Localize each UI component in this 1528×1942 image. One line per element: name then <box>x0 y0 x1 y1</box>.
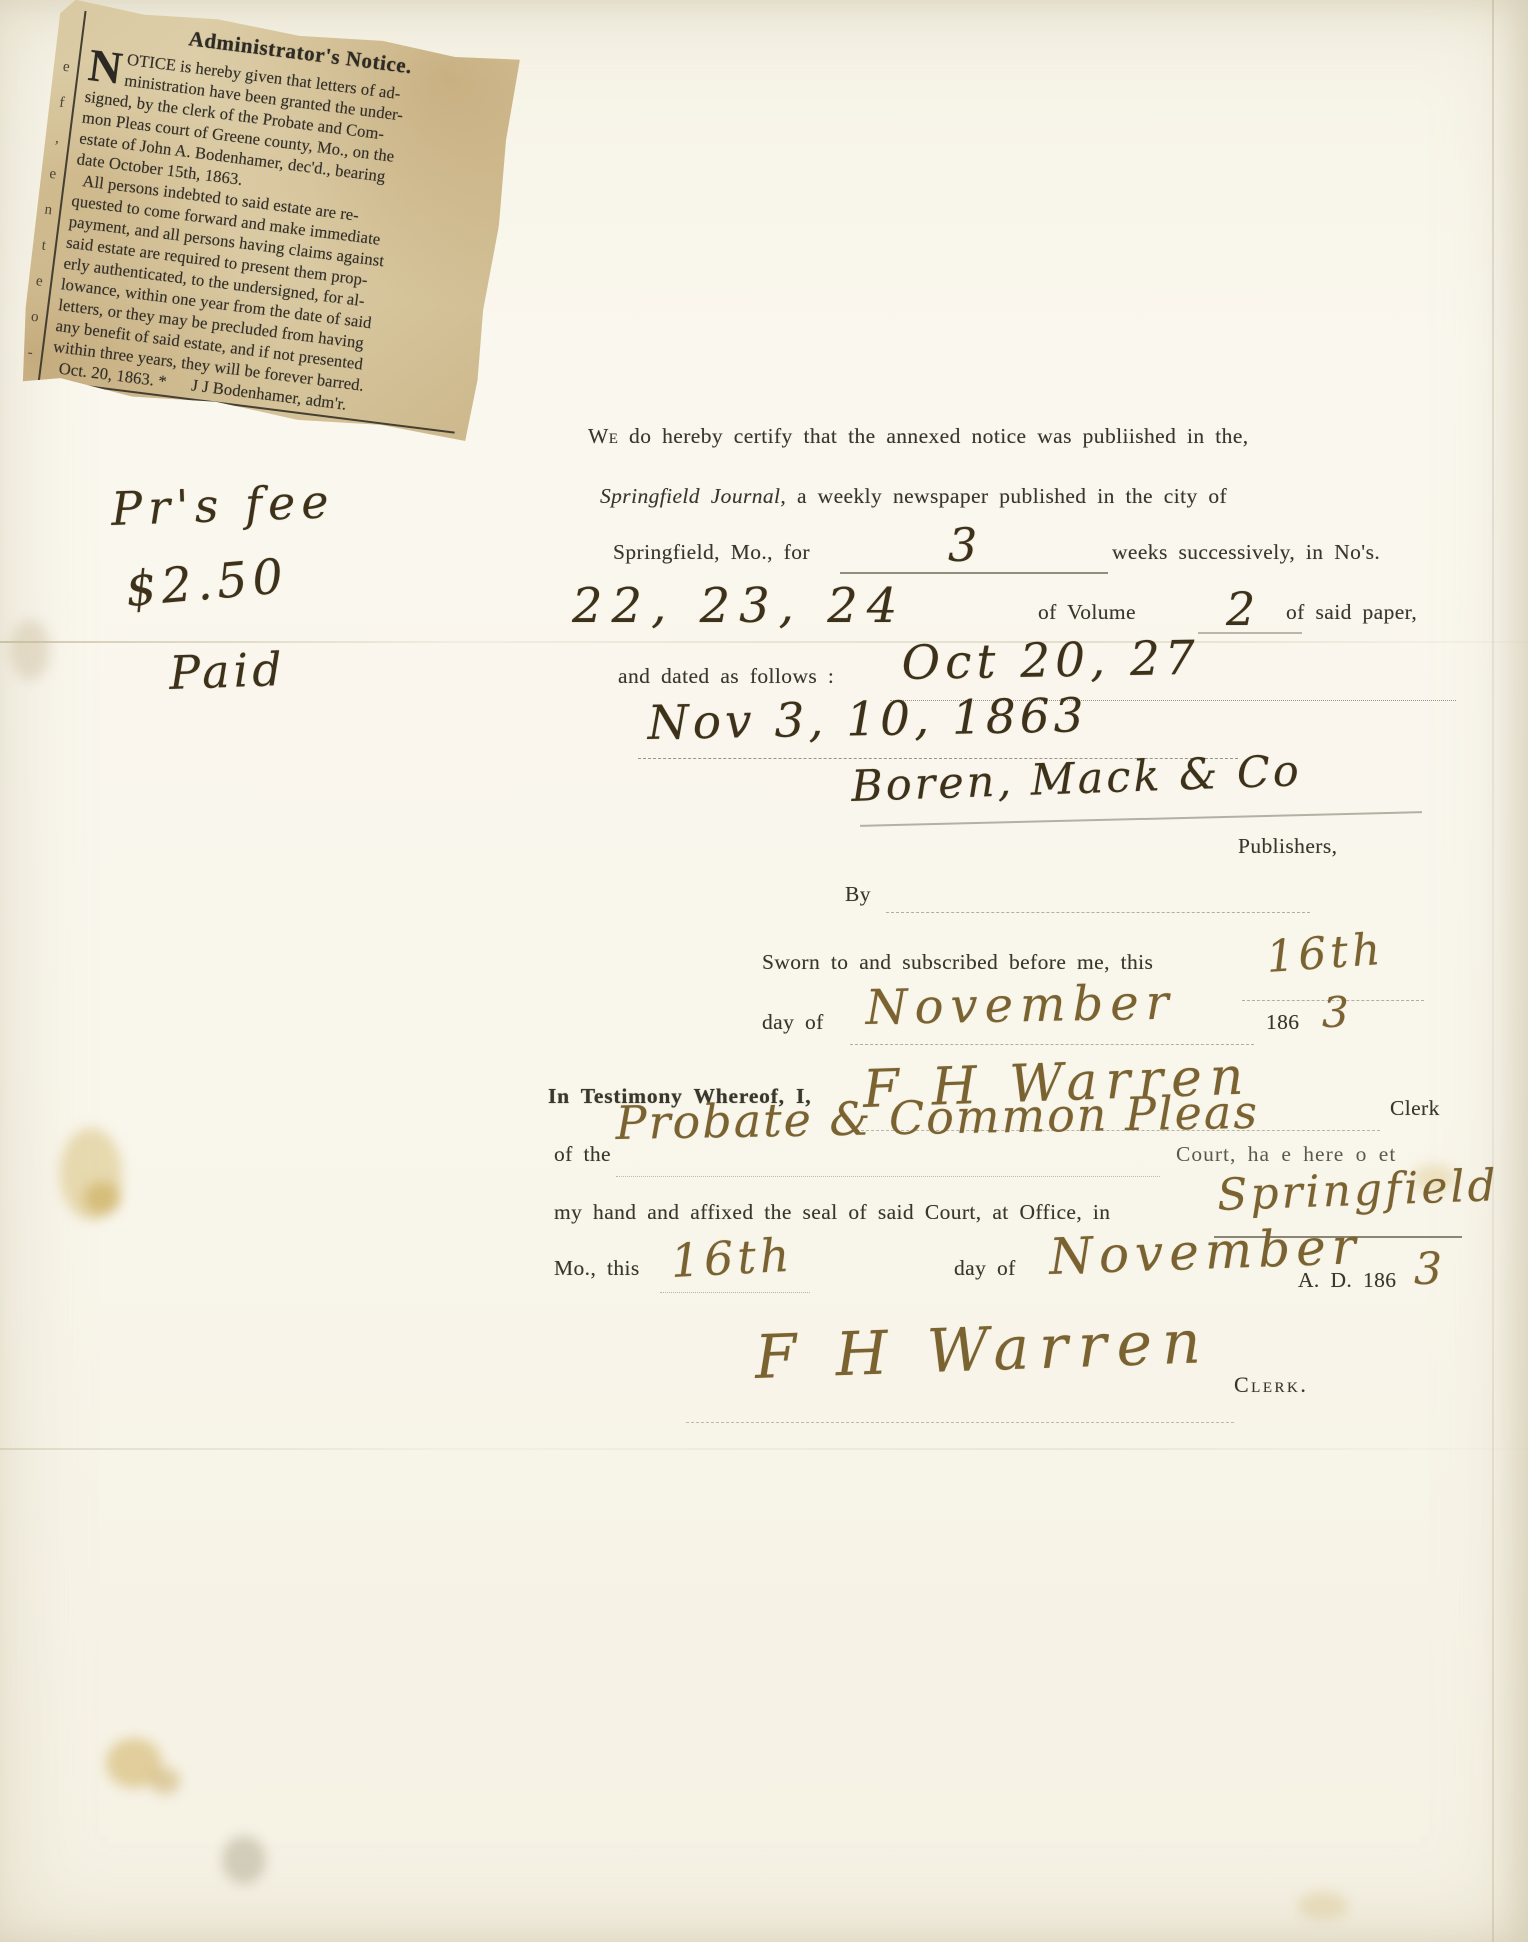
issue-numbers-handwritten: 22, 23, 24 <box>572 582 906 630</box>
day2-handwritten: 16th <box>670 1232 795 1284</box>
weeks-blank-line <box>840 572 1108 574</box>
dates-handwritten-2: Nov 3, 10, 1863 <box>647 692 1088 747</box>
weeks-line-right: weeks successively, in No's. <box>1112 540 1380 566</box>
court-name-blank <box>616 1176 1160 1177</box>
margin-letter: o <box>29 299 41 336</box>
margin-letter: e <box>61 49 72 86</box>
of-volume-label: of Volume <box>1038 600 1136 626</box>
stain <box>10 620 50 680</box>
certificate-line2-text: a weekly newspaper published in the city… <box>797 484 1227 508</box>
margin-letter: e <box>34 263 45 300</box>
stain <box>222 1836 266 1884</box>
margin-letter: f <box>57 85 66 121</box>
clipping-drop-cap: N <box>86 44 128 88</box>
day-of-label-2: day of <box>954 1256 1016 1282</box>
certificate-line2: Springfield Journal, a weekly newspaper … <box>600 484 1227 510</box>
place-handwritten: Springfield <box>1216 1164 1499 1218</box>
stain <box>1298 1892 1348 1920</box>
month-handwritten: November <box>865 979 1176 1032</box>
fold-crease <box>0 1448 1528 1450</box>
fold-crease <box>0 641 1528 643</box>
certificate-line1-text: do hereby certify that the annexed notic… <box>629 424 1249 448</box>
ad-year-digit-handwritten: 3 <box>1414 1248 1442 1292</box>
of-the-label: of the <box>554 1142 611 1168</box>
court-name-handwritten: Probate & Common Pleas <box>615 1089 1259 1146</box>
stain <box>150 1768 180 1794</box>
publisher-signature-handwritten: Boren, Mack & Co <box>850 750 1302 809</box>
margin-letter: n <box>42 192 54 229</box>
fee-note-amount: $2.50 <box>124 552 290 614</box>
stain <box>84 1182 120 1214</box>
year-digit-handwritten: 3 <box>1322 992 1349 1034</box>
clerk-caption: Clerk. <box>1234 1372 1308 1398</box>
fee-note-line1: Pr's fee <box>110 478 335 532</box>
sworn-text: Sworn to and subscribed before me, this <box>762 950 1153 976</box>
seal-text: my hand and affixed the seal of said Cou… <box>554 1200 1110 1226</box>
scanned-document-page: ef,enteo- Administrator's Notice. N OTIC… <box>0 0 1528 1942</box>
margin-letter: e <box>47 156 58 193</box>
by-blank-line <box>886 912 1310 913</box>
clerk-label: Clerk <box>1390 1096 1440 1122</box>
publishers-label: Publishers, <box>1238 834 1337 860</box>
we-lead: We <box>588 424 618 448</box>
clipping-body: Administrator's Notice. N OTICE is hereb… <box>38 11 511 435</box>
year-printed: 186 <box>1266 1010 1299 1036</box>
margin-letter: - <box>26 335 35 371</box>
clipping-text: N OTICE is hereby given that letters of … <box>49 44 505 430</box>
clerk-signature-handwritten: F H Warren <box>754 1312 1212 1388</box>
dates-handwritten-1: Oct 20, 27 <box>901 635 1200 687</box>
margin-letter: t <box>39 228 48 264</box>
weeks-count-handwritten: 3 <box>948 522 977 568</box>
newspaper-clipping: ef,enteo- Administrator's Notice. N OTIC… <box>13 0 520 442</box>
publisher-signature-line <box>860 811 1422 827</box>
fee-note-paid: Paid <box>168 646 286 696</box>
edge-crease <box>1492 0 1494 1942</box>
dated-as-follows-label: and dated as follows : <box>618 664 834 690</box>
weeks-line-left: Springfield, Mo., for <box>613 540 810 566</box>
margin-letter: , <box>53 120 61 156</box>
certificate-line1: We do hereby certify that the annexed no… <box>588 424 1249 450</box>
of-said-paper-label: of said paper, <box>1286 600 1417 626</box>
mo-this-label: Mo., this <box>554 1256 640 1282</box>
ad-year-printed: A. D. 186 <box>1298 1268 1396 1294</box>
signature-blank-line <box>686 1422 1234 1423</box>
day2-blank-line <box>660 1292 810 1293</box>
month-blank-line <box>850 1044 1254 1045</box>
volume-number-handwritten: 2 <box>1226 586 1255 632</box>
sworn-day-handwritten: 16th <box>1265 928 1386 980</box>
journal-name: Springfield Journal, <box>600 484 786 508</box>
day-of-label: day of <box>762 1010 824 1036</box>
by-label: By <box>845 882 871 908</box>
clipping-body-lines: OTICE is hereby given that letters of ad… <box>49 44 505 430</box>
